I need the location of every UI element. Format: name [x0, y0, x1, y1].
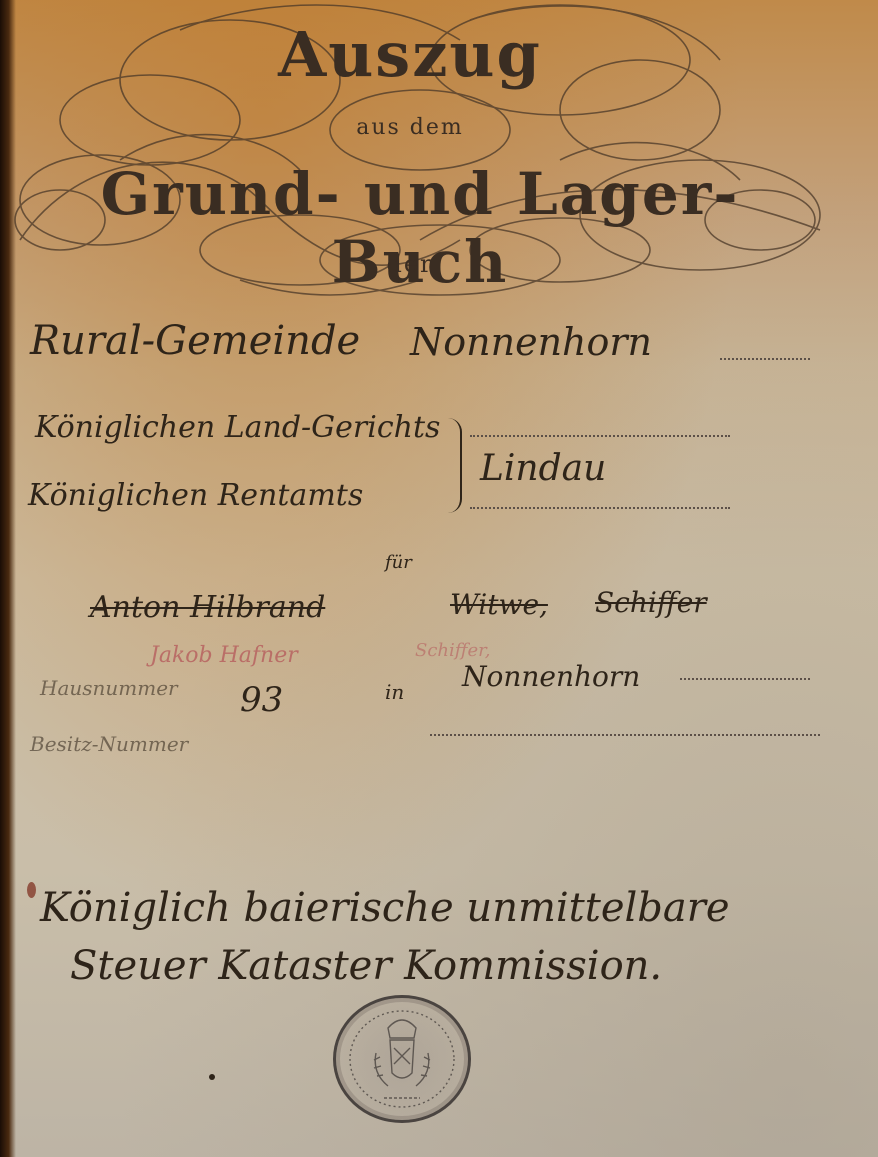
municipality-label: Rural-Gemeinde [30, 318, 360, 364]
title-aus-dem: aus dem [60, 115, 760, 140]
municipality-value: Nonnenhorn [410, 320, 652, 364]
for-label: für [385, 552, 412, 573]
red-correction-name: Jakob Hafner [150, 643, 298, 668]
property-number-label: Besitz-Nummer [30, 732, 188, 756]
title-auszug: Auszug [60, 18, 760, 91]
crown-coat-of-arms-icon [336, 998, 468, 1120]
house-number-label: Hausnummer [40, 676, 178, 700]
property-number-dotted-line [430, 734, 820, 736]
district-court-dotted-line [470, 435, 730, 437]
bracket-icon [440, 418, 462, 513]
house-number-place: Nonnenhorn [462, 660, 640, 693]
ink-stain [27, 882, 36, 898]
house-number-preposition: in [385, 680, 404, 704]
rent-office-dotted-line [470, 507, 730, 509]
document-page: Auszug aus dem Grund- und Lager-Buch der… [0, 0, 878, 1157]
authority-line-2: Steuer Kataster Kommission. [70, 943, 662, 989]
struck-owner-name: Anton Hilbrand [90, 590, 325, 625]
title-der: der [60, 250, 760, 278]
struck-owner-status: Witwe, [450, 588, 548, 621]
official-seal [333, 995, 471, 1123]
authority-line-1: Königlich baierische unmittelbare [40, 885, 730, 931]
red-correction-occupation: Schiffer, [415, 640, 491, 661]
district-court-label: Königlichen Land-Gerichts [35, 410, 440, 445]
municipality-dotted-line [720, 358, 810, 360]
struck-owner-occupation: Schiffer [595, 586, 707, 619]
ink-dot [209, 1074, 215, 1080]
house-number-value: 93 [240, 680, 283, 720]
district-value: Lindau [480, 448, 606, 489]
book-spine-shadow [0, 0, 16, 1157]
house-number-dotted-line [680, 678, 810, 680]
rent-office-label: Königlichen Rentamts [28, 478, 363, 513]
